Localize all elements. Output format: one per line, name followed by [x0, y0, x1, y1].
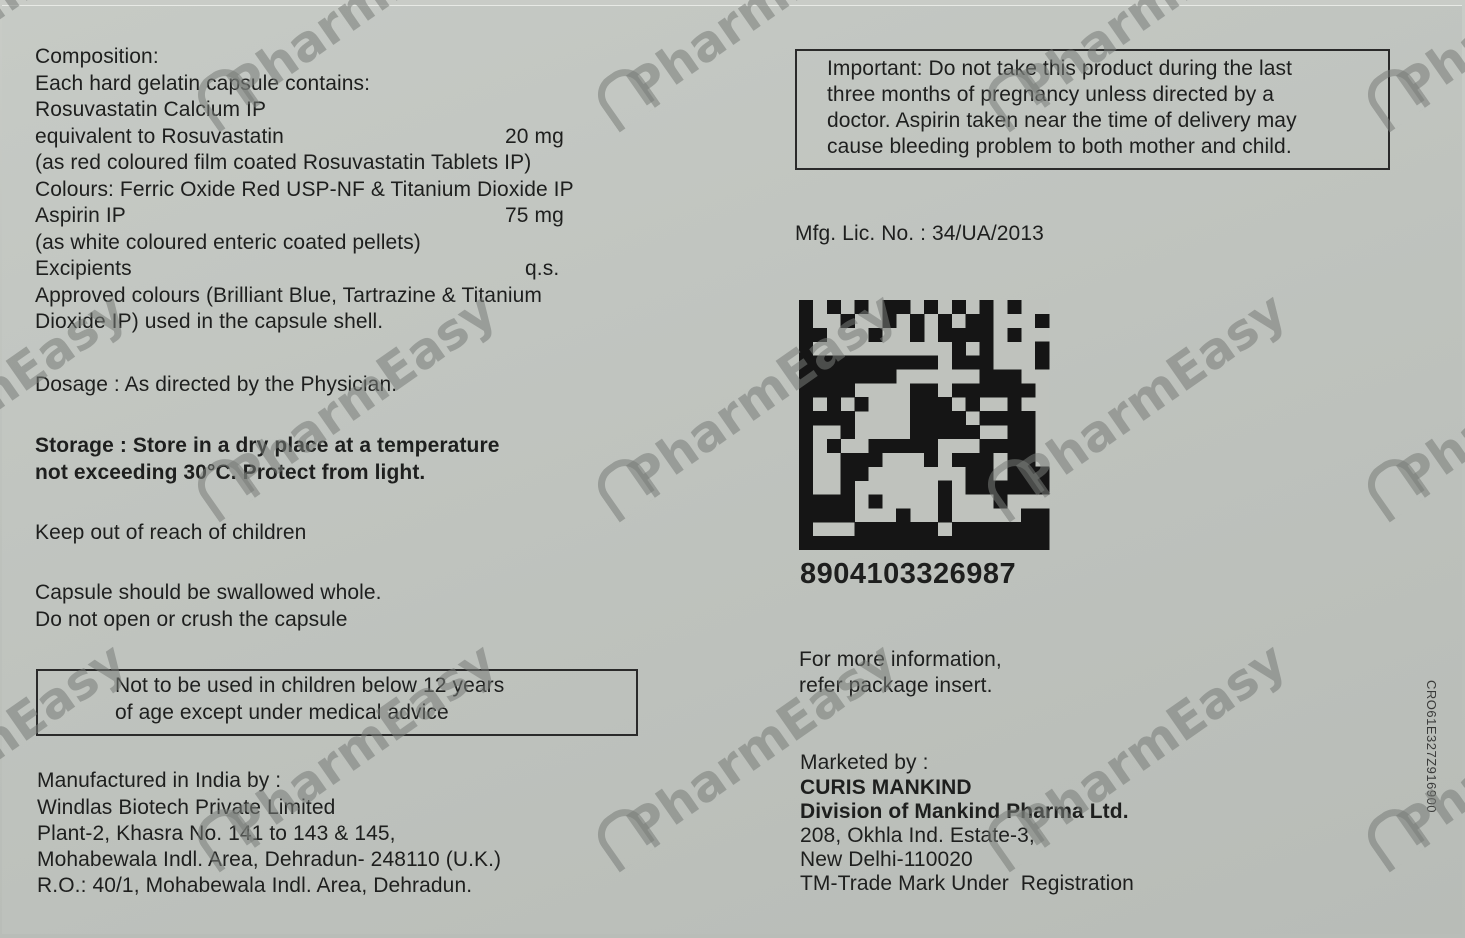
important-line-1: Important: Do not take this product duri… [827, 56, 1292, 83]
barcode-number: 8904103326987 [800, 557, 1016, 591]
composition-line: Colours: Ferric Oxide Red USP-NF & Titan… [35, 177, 574, 204]
mfg-license: Mfg. Lic. No. : 34/UA/2013 [795, 221, 1044, 248]
composition-line: Rosuvastatin Calcium IP [35, 97, 266, 124]
marketer-division: Division of Mankind Pharma Ltd. [800, 799, 1129, 826]
storage-line-1: Storage : Store in a dry place at a temp… [35, 433, 500, 460]
manufacturer-address-2: Mohabewala Indl. Area, Dehradun- 248110 … [37, 847, 501, 874]
dosage-text: Dosage : As directed by the Physician. [35, 372, 397, 399]
manufacturer-label: Manufactured in India by : [37, 768, 281, 795]
composition-line: equivalent to Rosuvastatin [35, 124, 284, 151]
marketer-address-1: 208, Okhla Ind. Estate-3, [800, 823, 1035, 850]
composition-line: Approved colours (Brilliant Blue, Tartra… [35, 283, 542, 310]
marketer-label: Marketed by : [800, 750, 929, 777]
composition-line: Excipients [35, 256, 132, 283]
more-info-line-2: refer package insert. [799, 673, 993, 700]
composition-line: Dioxide IP) used in the capsule shell. [35, 309, 383, 336]
swallow-line-2: Do not open or crush the capsule [35, 607, 348, 634]
marketer-name: CURIS MANKIND [800, 775, 972, 802]
composition-amount: 20 mg [505, 124, 564, 151]
batch-code-vertical: CRO61E327Z916900 [1424, 680, 1439, 813]
storage-line-2: not exceeding 30°C. Protect from light. [35, 460, 425, 487]
important-line-2: three months of pregnancy unless directe… [827, 82, 1274, 109]
composition-heading: Composition: [35, 44, 159, 71]
composition-line: (as red coloured film coated Rosuvastati… [35, 150, 531, 177]
composition-intro: Each hard gelatin capsule contains: [35, 71, 370, 98]
manufacturer-ro: R.O.: 40/1, Mohabewala Indl. Area, Dehra… [37, 873, 472, 900]
composition-amount: 75 mg [505, 203, 564, 230]
children-warning-line-2: of age except under medical advice [115, 700, 449, 727]
keep-out-text: Keep out of reach of children [35, 520, 306, 547]
important-line-3: doctor. Aspirin taken near the time of d… [827, 108, 1297, 135]
composition-line: (as white coloured enteric coated pellet… [35, 230, 421, 257]
children-warning-line-1: Not to be used in children below 12 year… [115, 673, 504, 700]
manufacturer-name: Windlas Biotech Private Limited [37, 795, 335, 822]
more-info-line-1: For more information, [799, 647, 1002, 674]
composition-line: Aspirin IP [35, 203, 126, 230]
composition-amount: q.s. [525, 256, 559, 283]
marketer-address-2: New Delhi-110020 [800, 847, 973, 874]
trademark-note: TM-Trade Mark Under Registration [800, 871, 1134, 898]
important-line-4: cause bleeding problem to both mother an… [827, 134, 1292, 161]
manufacturer-address-1: Plant-2, Khasra No. 141 to 143 & 145, [37, 821, 396, 848]
swallow-line-1: Capsule should be swallowed whole. [35, 580, 382, 607]
datamatrix-barcode [796, 300, 1052, 550]
